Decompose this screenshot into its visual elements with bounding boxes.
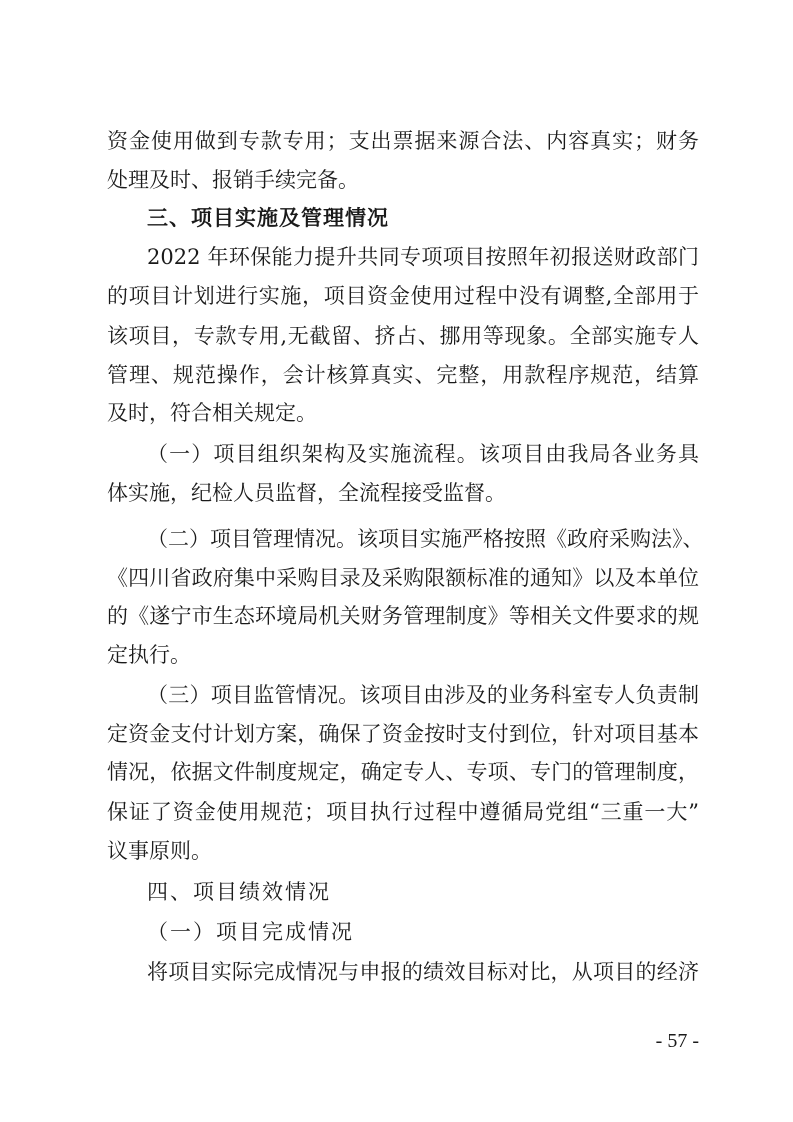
paragraph-line: 的《遂宁市生态环境局机关财务管理制度》等相关文件要求的规: [107, 601, 699, 631]
subsection-heading: （一）项目完成情况: [147, 917, 699, 947]
document-page: 资金使用做到专款专用；支出票据来源合法、内容真实；财务 处理及时、报销手续完备。…: [0, 0, 793, 1122]
section-heading-3: 三、项目实施及管理情况: [147, 203, 699, 233]
paragraph-line: 管理、规范操作，会计核算真实、完整，用款程序规范，结算: [107, 360, 699, 390]
paragraph-line: 情况，依据文件制度规定，确定专人、专项、专门的管理制度，: [107, 757, 699, 787]
paragraph-line: 及时，符合相关规定。: [107, 398, 699, 428]
paragraph-line: 《四川省政府集中采购目录及采购限额标准的通知》以及本单位: [107, 563, 699, 593]
paragraph-line: 体实施，纪检人员监督，全流程接受监督。: [107, 478, 699, 508]
subsection-2-line: （二）项目管理情况。该项目实施严格按照《政府采购法》、: [147, 524, 699, 554]
section-heading-4: 四、项目绩效情况: [147, 877, 699, 907]
paragraph-line: 2022 年环保能力提升共同专项项目按照年初报送财政部门: [147, 242, 699, 272]
subsection-3-line: （三）项目监管情况。该项目由涉及的业务科室专人负责制: [147, 680, 699, 710]
paragraph-line: 的项目计划进行实施，项目资金使用过程中没有调整,全部用于: [107, 281, 699, 311]
paragraph-line: 定资金支付计划方案，确保了资金按时支付到位，针对项目基本: [107, 719, 699, 749]
paragraph-line: 议事原则。: [107, 836, 699, 866]
paragraph-line: 该项目，专款专用,无截留、挤占、挪用等现象。全部实施专人: [107, 321, 699, 351]
page-number: - 57 -: [635, 1030, 699, 1053]
paragraph-line: 处理及时、报销手续完备。: [107, 165, 699, 195]
paragraph-line: 保证了资金使用规范；项目执行过程中遵循局党组“三重一大”: [107, 797, 699, 827]
paragraph-line: 定执行。: [107, 640, 699, 670]
paragraph-line: 将项目实际完成情况与申报的绩效目标对比，从项目的经济: [147, 957, 699, 987]
paragraph-line: 资金使用做到专款专用；支出票据来源合法、内容真实；财务: [107, 126, 699, 156]
subsection-1-line: （一）项目组织架构及实施流程。该项目由我局各业务具: [147, 439, 699, 469]
